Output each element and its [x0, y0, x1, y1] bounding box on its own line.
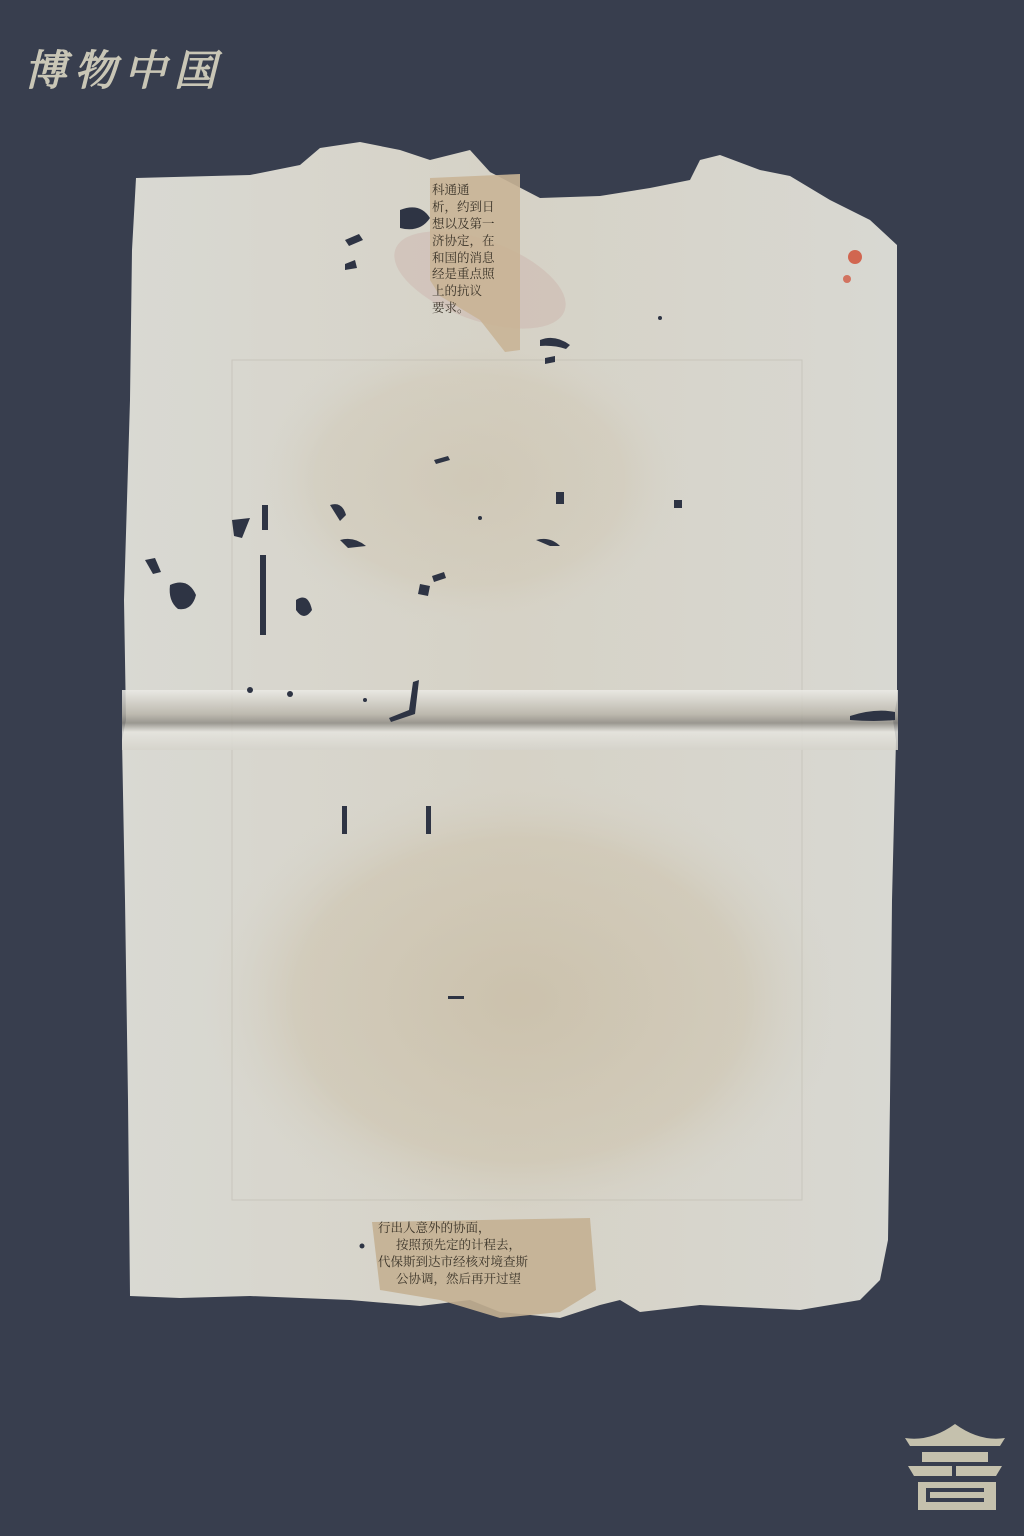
clip-line: 按照预先定的计程去，: [378, 1237, 588, 1254]
clip-line: 上的抗议: [432, 283, 516, 300]
clip-line: 经是重点照: [432, 266, 516, 283]
clip-line: 要求。: [432, 300, 516, 317]
clip-line: 想以及第一: [432, 216, 516, 233]
clip-line: 行出人意外的协面，: [378, 1220, 588, 1237]
clip-line: 济协定，在: [432, 233, 516, 250]
clip-line: 和国的消息: [432, 250, 516, 267]
clip-line: 代保斯到达市经核对境查斯: [378, 1254, 588, 1271]
clip-line: 科通通: [432, 182, 516, 199]
clipping-bottom-text: 行出人意外的协面， 按照预先定的计程去， 代保斯到达市经核对境查斯 公协调，然后…: [372, 1218, 594, 1308]
pavilion-logo-icon: [900, 1420, 1010, 1520]
clip-line: 析，约到日: [432, 199, 516, 216]
clip-line: 公协调，然后再开过望: [378, 1271, 588, 1288]
clipping-top-text: 科通通 析，约到日 想以及第一 济协定，在 和国的消息 经是重点照 上的抗议 要…: [428, 180, 520, 350]
